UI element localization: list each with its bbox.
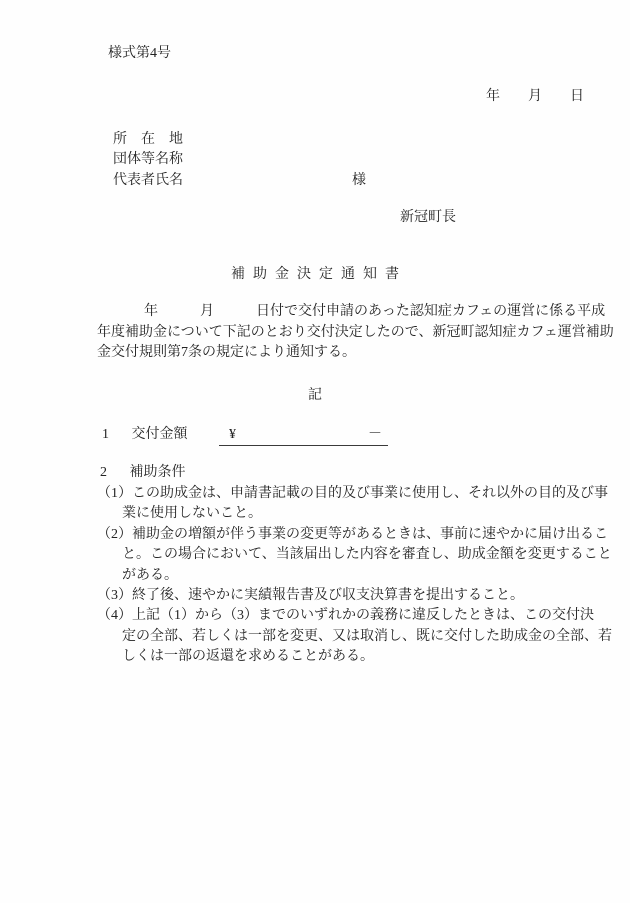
condition-4-line-2: 定の全部、若しくは一部を変更、又は取消し、既に交付した助成金の全部、若 [97, 627, 612, 647]
grant-amount-number: 1 [102, 425, 109, 445]
conditions-label: 補助条件 [130, 465, 186, 480]
conditions-number: 2 [100, 465, 107, 480]
condition-1-marker: （1） [97, 484, 132, 504]
body-line-1: 年 月 日付で交付申請のあった認知症カフェの運営に係る平成 [97, 302, 614, 323]
body-line-2: 年度補助金について下記のとおり交付決定したので、新冠町認知症カフェ運営補助 [97, 323, 614, 344]
condition-2-line-3: がある。 [97, 566, 612, 586]
conditions-header: 2 補助条件 [100, 463, 186, 483]
grant-amount-label: 交付金額 [132, 425, 188, 445]
condition-1-line-2: 業に使用しないこと。 [97, 504, 612, 524]
condition-item-4: （4）上記（1）から（3）までのいずれかの義務に違反したときは、この交付決 定の… [97, 606, 612, 667]
condition-item-3: （3）終了後、速やかに実績報告書及び収支決算書を提出すること。 [97, 586, 612, 606]
condition-4-marker: （4） [97, 606, 132, 626]
date-line: 年 月 日 [486, 87, 584, 107]
form-number: 様式第4号 [108, 44, 171, 64]
body-line-3: 金交付規則第7条の規定により通知する。 [97, 343, 614, 364]
condition-1-line-1: この助成金は、申請書記載の目的及び事業に使用し、それ以外の目的及び事 [132, 486, 608, 501]
representative-line: 代表者氏名 様 [113, 171, 183, 191]
document-page: 様式第4号 年 月 日 所 在 地 団体等名称 代表者氏名 様 新冠町長 補助金… [0, 0, 630, 903]
conditions-list: （1）この助成金は、申請書記載の目的及び事業に使用し、それ以外の目的及び事 業に… [97, 484, 612, 668]
addressee-block: 所 在 地 団体等名称 代表者氏名 様 [113, 130, 183, 191]
sender-mayor: 新冠町長 [400, 208, 456, 228]
representative-label: 代表者氏名 [113, 173, 183, 188]
condition-2-line-1: 補助金の増額が伴う事業の変更等があるときは、事前に速やかに届け出るこ [132, 527, 608, 542]
condition-3-marker: （3） [97, 586, 132, 606]
honorific: 様 [352, 171, 366, 191]
organization-label: 団体等名称 [113, 150, 183, 170]
body-paragraph: 年 月 日付で交付申請のあった認知症カフェの運営に係る平成 年度補助金について下… [97, 302, 614, 364]
condition-item-1: （1）この助成金は、申請書記載の目的及び事業に使用し、それ以外の目的及び事 業に… [97, 484, 612, 525]
condition-3-line-1: 終了後、速やかに実績報告書及び収支決算書を提出すること。 [132, 588, 524, 603]
condition-2-line-2: と。この場合において、当該届出した内容を審査し、助成金額を変更すること [97, 545, 612, 565]
record-mark: 記 [0, 386, 630, 406]
address-label: 所 在 地 [113, 130, 183, 150]
grant-amount-row: 1 交付金額 ¥ － [102, 425, 388, 446]
document-title: 補助金決定通知書 [0, 265, 630, 285]
condition-2-marker: （2） [97, 525, 132, 545]
amount-suffix-dash: － [368, 425, 382, 445]
condition-item-2: （2）補助金の増額が伴う事業の変更等があるときは、事前に速やかに届け出るこ と。… [97, 525, 612, 586]
condition-4-line-3: しくは一部の返還を求めることがある。 [97, 647, 612, 667]
yen-symbol: ¥ [229, 425, 236, 445]
condition-4-line-1: 上記（1）から（3）までのいずれかの義務に違反したときは、この交付決 [132, 608, 594, 623]
grant-amount-blank-field: ¥ － [219, 425, 388, 446]
